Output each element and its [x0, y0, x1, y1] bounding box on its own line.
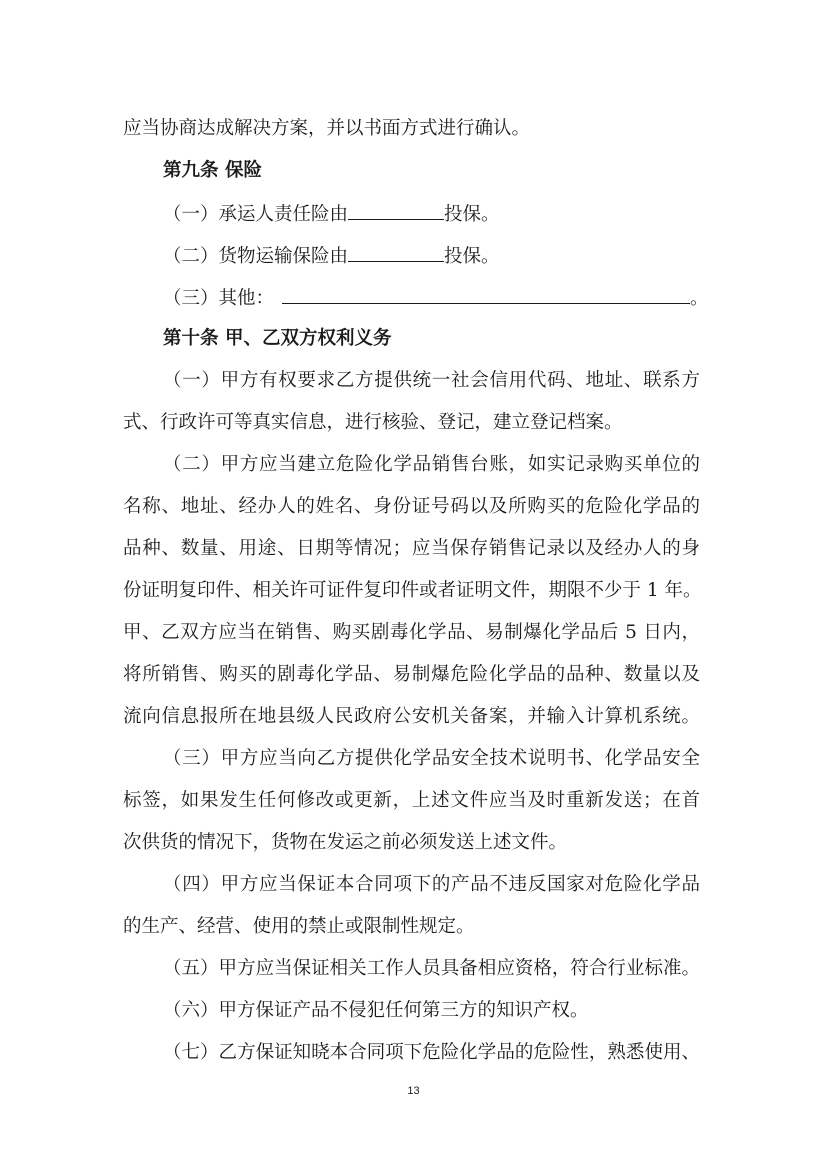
paragraph-line: （二）甲方应当建立危险化学品销售台账，如实记录购买单位的 [163, 453, 700, 477]
blank-field [282, 285, 690, 304]
paragraph-line: （三）甲方应当向乙方提供化学品安全技术说明书、化学品安全 [163, 747, 700, 771]
paragraph-line: （六）甲方保证产品不侵犯任何第三方的知识产权。 [163, 999, 589, 1023]
paragraph-line: 名称、地址、经办人的姓名、身份证号码以及所购买的危险化学品的 [123, 495, 700, 519]
paragraph-line: （七）乙方保证知晓本合同项下危险化学品的危险性，熟悉使用、 [163, 1041, 700, 1065]
item-text: （二）货物运输保险由 [163, 246, 348, 267]
paragraph-line: 式、行政许可等真实信息，进行核验、登记，建立登记档案。 [123, 411, 623, 435]
insurance-item-3: （三）其他：。 [163, 285, 709, 311]
paragraph-line: 次供货的情况下，货物在发运之前必须发送上述文件。 [123, 831, 567, 855]
paragraph-line: （一）甲方有权要求乙方提供统一社会信用代码、地址、联系方 [163, 369, 700, 393]
paragraph-line: 流向信息报所在地县级人民政府公安机关备案，并输入计算机系统。 [123, 705, 700, 729]
blank-field [348, 201, 444, 220]
item-text: （一）承运人责任险由 [163, 204, 348, 225]
item-text: （三）其他： [163, 288, 274, 309]
paragraph-line: （四）甲方应当保证本合同项下的产品不违反国家对危险化学品 [163, 873, 700, 897]
paragraph-line: 品种、数量、用途、日期等情况；应当保存销售记录以及经办人的身 [123, 537, 700, 561]
paragraph-line: 将所销售、购买的剧毒化学品、易制爆危险化学品的品种、数量以及 [123, 663, 700, 687]
item-text: 。 [690, 288, 709, 309]
insurance-item-2: （二）货物运输保险由投保。 [163, 243, 500, 269]
page-number: 13 [0, 1085, 827, 1097]
blank-field [348, 243, 444, 262]
item-text: 投保。 [444, 246, 500, 267]
paragraph-line: 标签，如果发生任何修改或更新，上述文件应当及时重新发送；在首 [123, 789, 700, 813]
paragraph-line: 甲、乙双方应当在销售、购买剧毒化学品、易制爆化学品后 5 日内， [123, 621, 700, 645]
insurance-item-1: （一）承运人责任险由投保。 [163, 201, 500, 227]
section-heading-article-9: 第九条 保险 [163, 159, 262, 183]
paragraph-line: （五）甲方应当保证相关工作人员具备相应资格，符合行业标准。 [163, 957, 700, 981]
section-heading-article-10: 第十条 甲、乙双方权利义务 [163, 327, 391, 351]
paragraph-line: 份证明复印件、相关许可证件复印件或者证明文件，期限不少于 1 年。 [123, 579, 700, 603]
paragraph-line: 应当协商达成解决方案，并以书面方式进行确认。 [123, 117, 530, 141]
item-text: 投保。 [444, 204, 500, 225]
paragraph-line: 的生产、经营、使用的禁止或限制性规定。 [123, 915, 475, 939]
